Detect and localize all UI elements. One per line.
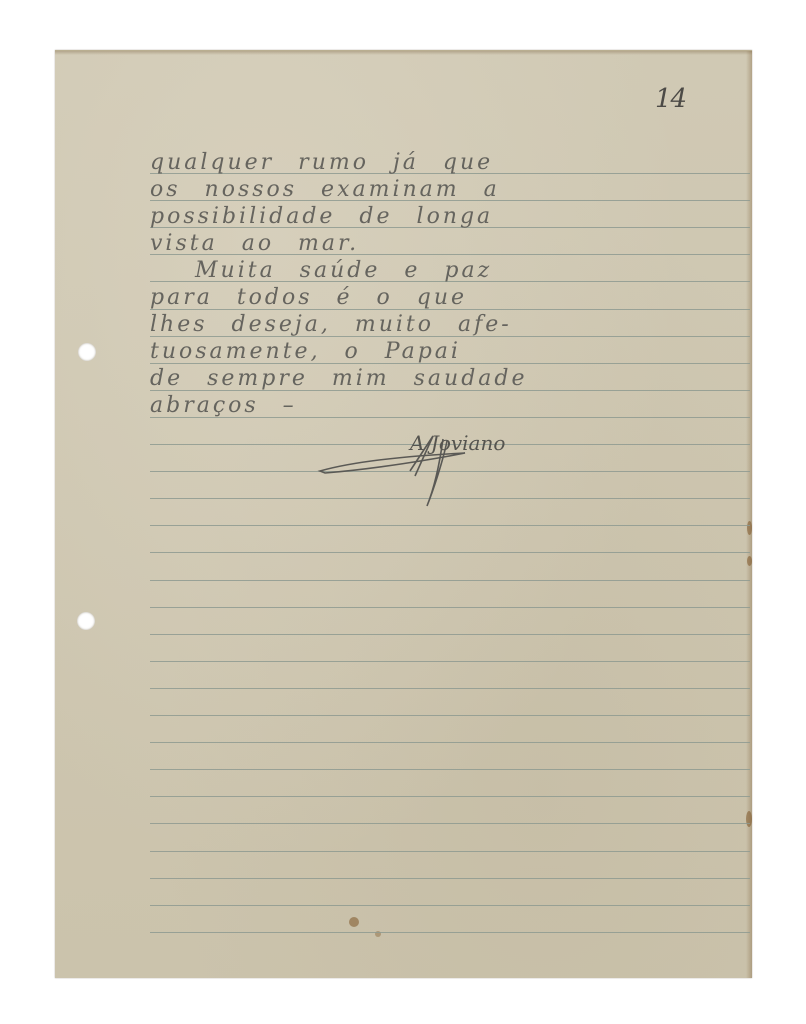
sheet-top-edge-wear <box>55 51 752 55</box>
ruled-line <box>150 634 750 635</box>
ruled-line <box>150 878 750 879</box>
handwritten-line-5: Muita saúde e paz <box>150 257 795 284</box>
handwritten-line-9: de sempre mim saudade <box>150 365 750 392</box>
letter-sheet: 14 qualquer rumo já que os nossos examin… <box>55 50 752 978</box>
handwritten-line-6: para todos é o que <box>150 284 750 311</box>
handwritten-line-1: qualquer rumo já que <box>150 149 750 176</box>
ruled-line <box>150 905 750 906</box>
ruled-line <box>150 823 750 824</box>
ruled-line <box>150 661 750 662</box>
handwritten-line-8: tuosamente, o Papai <box>150 338 750 365</box>
ruled-line <box>150 851 750 852</box>
ruled-line <box>150 580 750 581</box>
handwritten-line-10: abraços – <box>150 392 750 419</box>
stain-right-edge-3 <box>746 811 752 827</box>
ruled-line <box>150 715 750 716</box>
page-number: 14 <box>655 84 686 114</box>
ruled-line <box>150 742 750 743</box>
stain-bottom-spot-1 <box>349 917 359 927</box>
punch-hole-bottom <box>77 612 95 630</box>
handwritten-line-7: lhes deseja, muito afe- <box>150 311 750 338</box>
ruled-line <box>150 796 750 797</box>
ruled-line <box>150 769 750 770</box>
signature-text: A Joviano <box>410 431 505 455</box>
punch-hole-top <box>78 343 96 361</box>
signature: A Joviano <box>315 431 575 511</box>
handwritten-line-2: os nossos examinam a <box>150 176 750 203</box>
ruled-line <box>150 932 750 933</box>
stain-right-edge-2 <box>747 556 752 566</box>
handwritten-line-4: vista ao mar. <box>150 230 750 257</box>
ruled-line <box>150 525 750 526</box>
ruled-line <box>150 607 750 608</box>
ruled-line <box>150 552 750 553</box>
ruled-line <box>150 688 750 689</box>
stain-right-edge-1 <box>747 521 752 535</box>
handwritten-line-3: possibilidade de longa <box>150 203 750 230</box>
